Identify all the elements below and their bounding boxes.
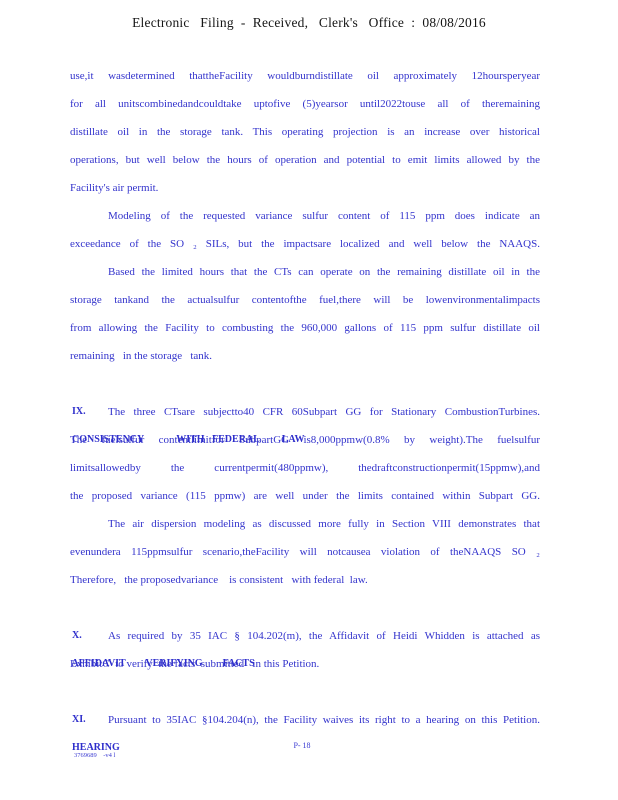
text-line: The air dispersion modeling as discussed… <box>70 510 540 538</box>
text-line: Facility's air permit. <box>70 174 540 202</box>
text-line: Based the limited hours that the CTs can… <box>70 258 540 286</box>
document-id-footer: 3769689 -v4 l <box>74 752 115 759</box>
text-line: As required by 35 IAC § 104.202(m), the … <box>70 622 540 650</box>
section-heading-consistency: IX. CONSISTENCY WITH FEDERAL LAW <box>57 370 540 398</box>
text-line: The fuelsulfur contentlimitfor SubpartGG… <box>70 426 540 454</box>
section-number: XI. <box>72 706 105 734</box>
text-line: remaining in the storage tank. <box>70 342 540 370</box>
section-heading-affidavit: X. AFFIDAVIT VERIFYING FACTS <box>57 594 540 622</box>
document-page: Electronic Filing - Received, Clerk's Of… <box>0 0 618 800</box>
text-line: Therefore, the proposedvariance is consi… <box>70 566 540 594</box>
text-line: The three CTsare subjectto40 CFR 60Subpa… <box>70 398 540 426</box>
text-line: evenundera 115ppmsulfur scenario,theFaci… <box>70 538 540 566</box>
section-number: IX. <box>72 398 105 426</box>
text-line: limitsallowedby the currentpermit(480ppm… <box>70 454 540 482</box>
text-line: exceedance of the SO ₂ SILs, but the imp… <box>70 230 540 258</box>
text-line: use,it wasdetermined thattheFacility wou… <box>70 62 540 90</box>
text-line: Modeling of the requested variance sulfu… <box>70 202 540 230</box>
text-line: storage tankand the actualsulfur content… <box>70 286 540 314</box>
text-line: Pursuant to 35IAC §104.204(n), the Facil… <box>70 706 540 734</box>
text-line: for all unitscombinedandcouldtake uptofi… <box>70 90 540 118</box>
text-line: the proposed variance (115 ppmw) are wel… <box>70 482 540 510</box>
document-body: use,it wasdetermined thattheFacility wou… <box>70 62 540 734</box>
text-line: operations, but well below the hours of … <box>70 146 540 174</box>
text-line: distillate oil in the storage tank. This… <box>70 118 540 146</box>
page-number: P- 18 <box>0 741 604 750</box>
section-heading-hearing: XI. HEARING <box>57 678 540 706</box>
text-line: from allowing the Facility to combusting… <box>70 314 540 342</box>
text-line: ExhibitC to verify the facts submitted i… <box>70 650 540 678</box>
section-number: X. <box>72 622 105 650</box>
filing-header: Electronic Filing - Received, Clerk's Of… <box>0 0 618 32</box>
